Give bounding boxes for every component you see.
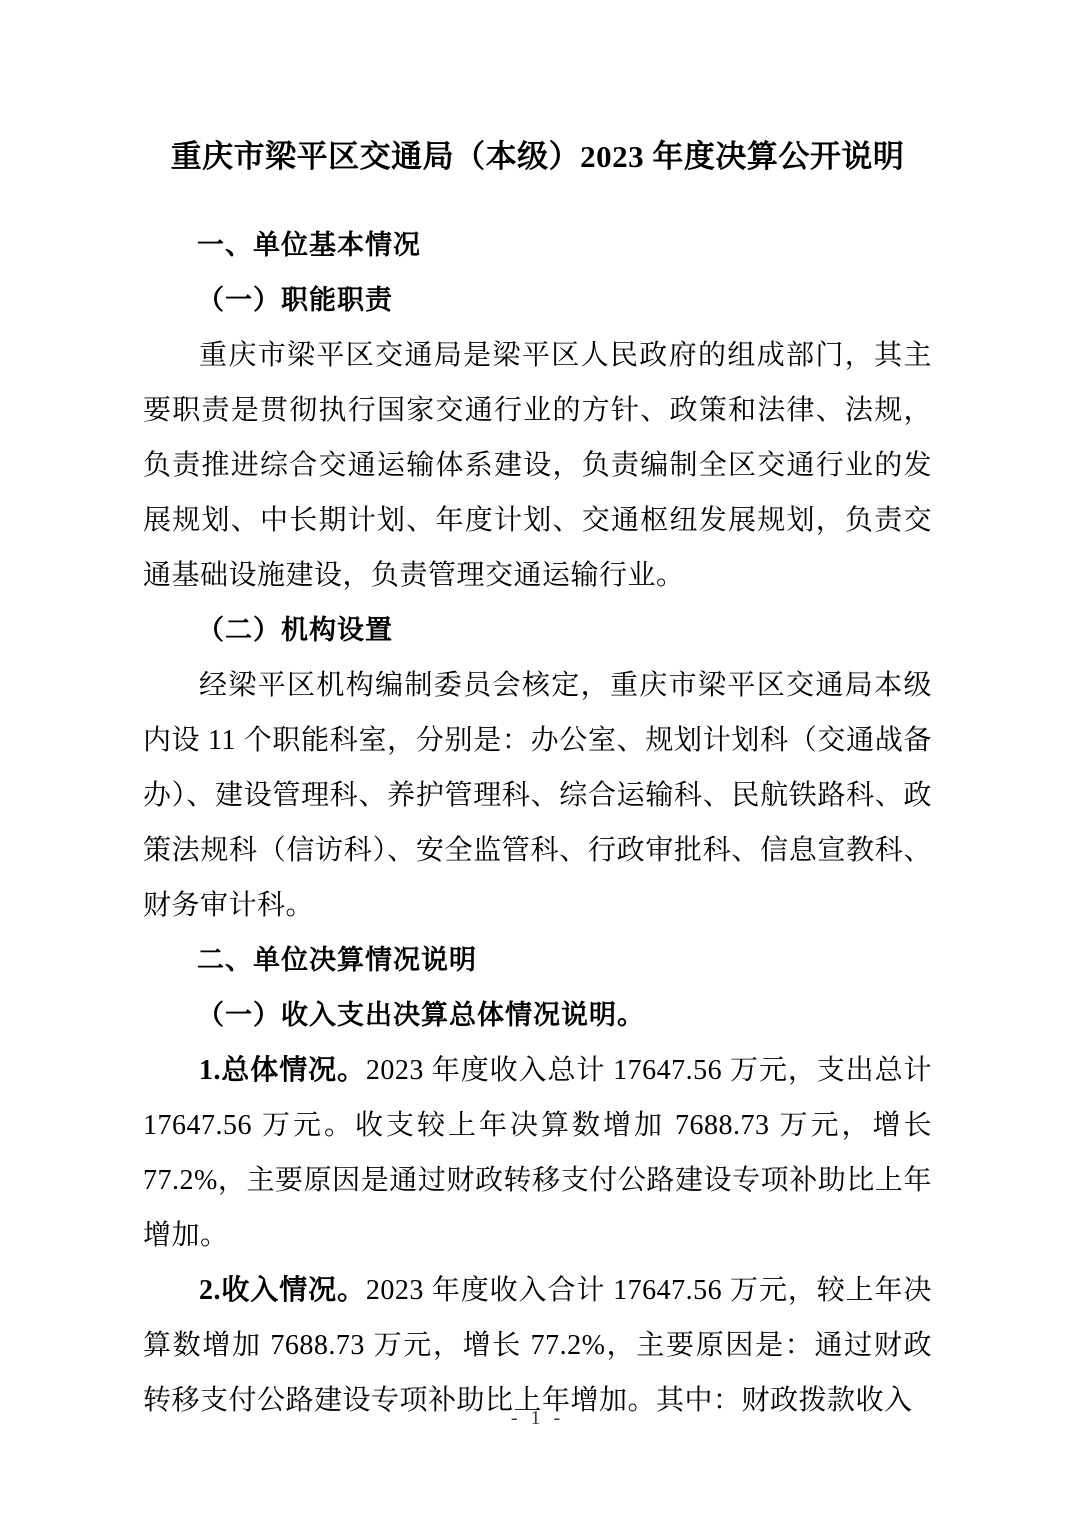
sub-heading-1-1: （一）职能职责 <box>143 273 932 328</box>
paragraph-income-lead: 2.收入情况。 <box>199 1275 366 1306</box>
paragraph-overall-situation: 1.总体情况。2023 年度收入总计 17647.56 万元，支出总计 1764… <box>143 1043 932 1263</box>
section-heading-2: 二、单位决算情况说明 <box>143 933 932 988</box>
paragraph-organization: 经梁平区机构编制委员会核定，重庆市梁平区交通局本级内设 11 个职能科室，分别是… <box>143 658 932 933</box>
sub-heading-2-1: （一）收入支出决算总体情况说明。 <box>143 988 932 1043</box>
page-title: 重庆市梁平区交通局（本级）2023 年度决算公开说明 <box>143 136 932 178</box>
page-number: - 1 - <box>0 1407 1075 1430</box>
paragraph-overall-lead: 1.总体情况。 <box>199 1055 366 1086</box>
sub-heading-1-2: （二）机构设置 <box>143 603 932 658</box>
document-page: 重庆市梁平区交通局（本级）2023 年度决算公开说明 一、单位基本情况 （一）职… <box>0 0 1075 1520</box>
paragraph-duties: 重庆市梁平区交通局是梁平区人民政府的组成部门，其主要职责是贯彻执行国家交通行业的… <box>143 328 932 603</box>
paragraph-income-situation: 2.收入情况。2023 年度收入合计 17647.56 万元，较上年决算数增加 … <box>143 1263 932 1428</box>
section-heading-1: 一、单位基本情况 <box>143 218 932 273</box>
